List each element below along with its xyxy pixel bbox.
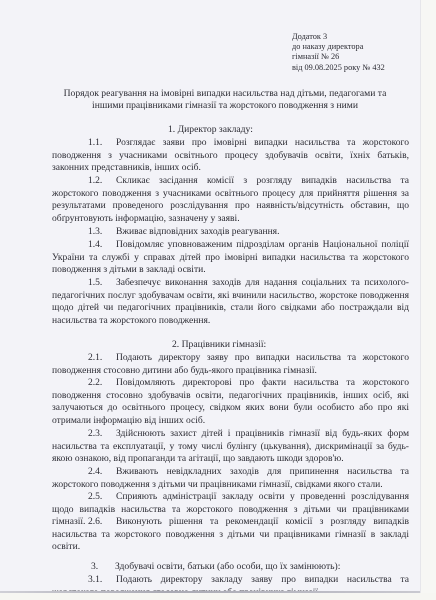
item-2-3: 2.3.Здійснюють захист дітей і працівникі… — [52, 428, 409, 466]
item-1-5: 1.5.Забезпечує виконання заходів для над… — [52, 277, 409, 328]
item-2-6: 2.6.Виконують рішення та рекомендації ко… — [52, 516, 409, 554]
item-1-4: 1.4.Повідомляє уповноваженим підрозділам… — [52, 239, 409, 277]
item-1-1: 1.1.Розглядає заяви про імовірні випадки… — [52, 137, 409, 175]
document-title: Порядок реагування на імовірні випадки н… — [20, 88, 430, 113]
item-1-3: 1.3.Вживає відповідних заходів реагуванн… — [52, 226, 409, 239]
item-number: 1.4. — [88, 239, 116, 252]
annex-order-ref: до наказу директора — [292, 42, 385, 52]
item-text: Вживає відповідних заходів реагування. — [116, 226, 279, 237]
item-number: 1.2. — [88, 175, 116, 188]
annex-number: Додаток 3 — [292, 32, 385, 42]
item-number: 1.3. — [88, 226, 116, 239]
section-heading-1: 1. Директор закладу: — [168, 124, 253, 136]
item-number: 2.1. — [88, 352, 116, 365]
item-2-4: 2.4.Вживають невідкладних заходів для пр… — [52, 466, 409, 491]
item-number: 1.5. — [88, 277, 116, 290]
scanned-page: Додаток 3 до наказу директора гімназії №… — [0, 0, 420, 592]
scan-bottom-margin — [0, 593, 436, 600]
scan-right-margin — [420, 0, 436, 600]
item-number: 1.1. — [88, 137, 116, 150]
section-heading-2: 2. Працівники гімназії: — [172, 339, 266, 351]
item-number: 2.2. — [88, 377, 116, 390]
item-2-1: 2.1.Подають директору заяву про випадки … — [52, 352, 409, 377]
item-number: 2.5. — [88, 491, 116, 504]
item-number: 2.4. — [88, 466, 116, 479]
item-2-2: 2.2.Повідомляють директорові про факти н… — [52, 377, 409, 428]
section-heading-3: 3. Здобувачі освіти, батьки (або особи, … — [91, 561, 340, 573]
annex-block: Додаток 3 до наказу директора гімназії №… — [292, 32, 385, 73]
annex-school: гімназії № 26 — [292, 52, 385, 62]
item-number: 2.6. — [88, 516, 116, 529]
annex-date: від 09.08.2025 року № 432 — [292, 63, 385, 73]
item-1-2: 1.2.Скликає засідання комісії з розгляду… — [52, 175, 409, 226]
item-number: 2.3. — [88, 428, 116, 441]
item-number: 3.1. — [88, 574, 116, 587]
